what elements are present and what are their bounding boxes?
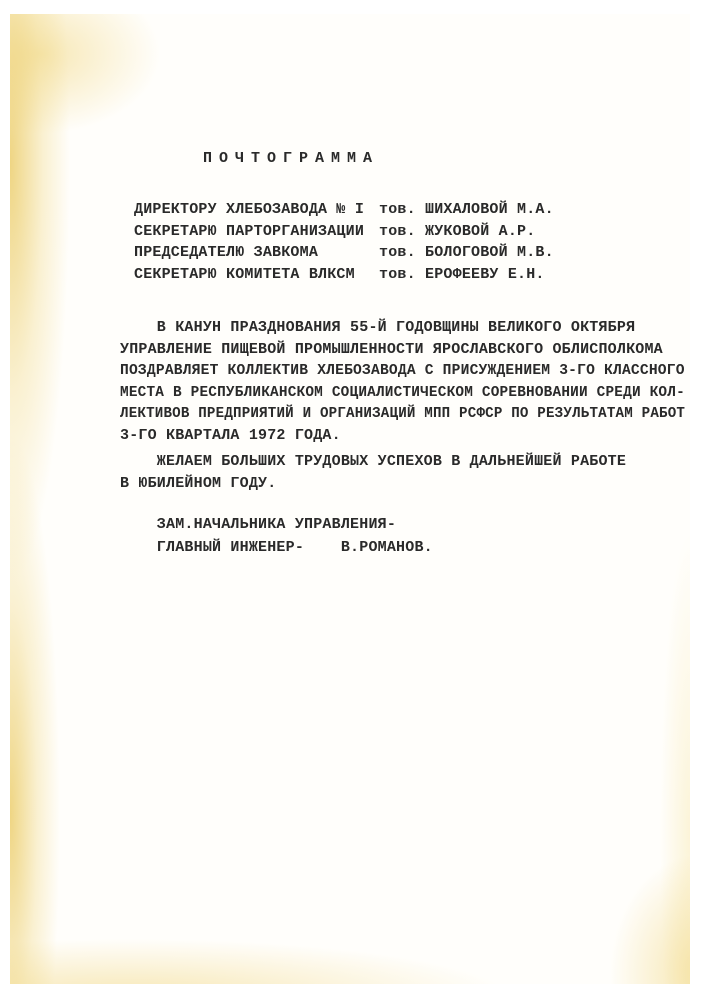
text-line: 3-ГО КВАРТАЛА 1972 ГОДА.: [120, 426, 341, 445]
recipient-role: СЕКРЕТАРЮ КОМИТЕТА ВЛКСМ: [134, 265, 355, 284]
recipient-role: ПРЕДСЕДАТЕЛЮ ЗАВКОМА: [134, 243, 318, 262]
recipient-name: тов. ЕРОФЕЕВУ Е.Н.: [379, 265, 545, 284]
recipient-role: ДИРЕКТОРУ ХЛЕБОЗАВОДА № I: [134, 200, 364, 219]
document-title: ПОЧТОГРАММА: [203, 149, 379, 168]
text-line: ЖЕЛАЕМ БОЛЬШИХ ТРУДОВЫХ УСПЕХОВ В ДАЛЬНЕ…: [120, 452, 626, 471]
recipient-role: СЕКРЕТАРЮ ПАРТОРГАНИЗАЦИИ: [134, 222, 364, 241]
signature-title: ЗАМ.НАЧАЛЬНИКА УПРАВЛЕНИЯ-: [120, 515, 396, 534]
recipient-name: тов. ЖУКОВОЙ А.Р.: [379, 222, 535, 241]
recipient-name: тов. БОЛОГОВОЙ М.В.: [379, 243, 554, 262]
text-line: ЛЕКТИВОВ ПРЕДПРИЯТИЙ И ОРГАНИЗАЦИЙ МПП Р…: [120, 404, 685, 423]
text-line: В ЮБИЛЕЙНОМ ГОДУ.: [120, 474, 276, 493]
text-line: УПРАВЛЕНИЕ ПИЩЕВОЙ ПРОМЫШЛЕННОСТИ ЯРОСЛА…: [120, 340, 663, 359]
text-line: В КАНУН ПРАЗДНОВАНИЯ 55-Й ГОДОВЩИНЫ ВЕЛИ…: [120, 318, 635, 337]
text-line: ПОЗДРАВЛЯЕТ КОЛЛЕКТИВ ХЛЕБОЗАВОДА С ПРИС…: [120, 361, 685, 380]
recipient-name: тов. ШИХАЛОВОЙ М.А.: [379, 200, 554, 219]
text-line: МЕСТА В РЕСПУБЛИКАНСКОМ СОЦИАЛИСТИЧЕСКОМ…: [120, 383, 685, 402]
signature-name: ГЛАВНЫЙ ИНЖЕНЕР- В.РОМАНОВ.: [120, 538, 433, 557]
